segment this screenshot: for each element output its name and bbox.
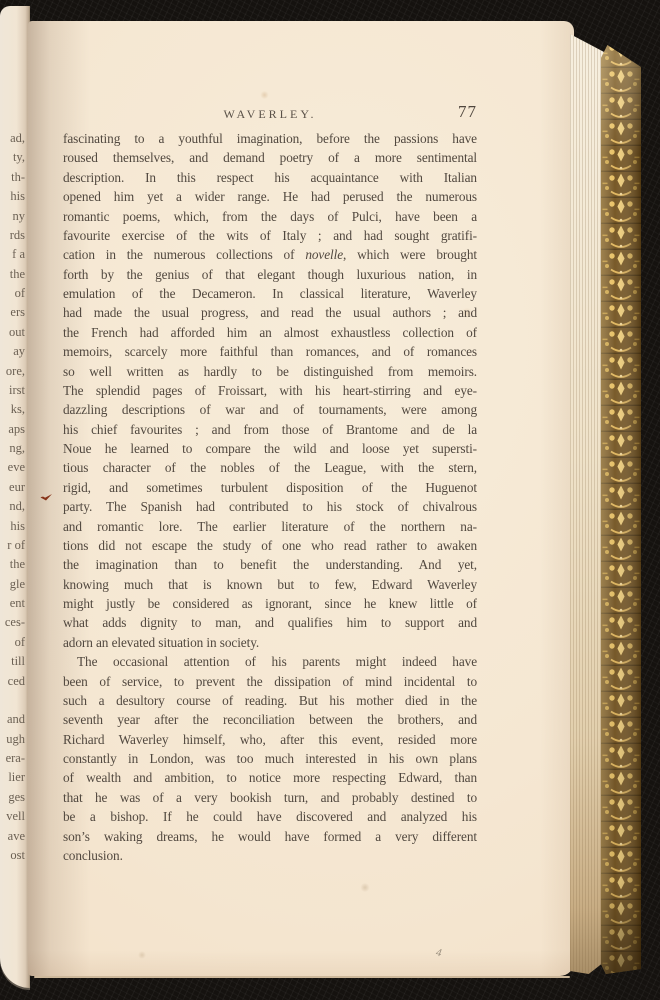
- facing-page-text-fragment: f a: [0, 245, 25, 264]
- facing-page-text-fragment: ers: [0, 303, 25, 322]
- book-photograph: ad,ty,th-hisnyrdsf atheofersoutayore,irs…: [0, 0, 660, 1000]
- facing-page-text-fragment: ks,: [0, 400, 25, 419]
- text-line: seventh year after the reconciliation be…: [63, 710, 477, 729]
- facing-page-edge: ad,ty,th-hisnyrdsf atheofersoutayore,irs…: [0, 6, 30, 988]
- facing-page-text-fragment: r of: [0, 536, 25, 555]
- text-line: knowing much that is known but to few, E…: [63, 575, 477, 594]
- page-number: 77: [458, 102, 477, 122]
- text-line: tious character of the nobles of the Lea…: [63, 458, 477, 477]
- text-line: Noue he learned to compare the wild and …: [63, 439, 477, 458]
- text-line: roused themselves, and demand poetry of …: [63, 148, 477, 167]
- text-line: cation in the numerous collections of no…: [63, 245, 477, 264]
- facing-page-text-fragment: of: [0, 633, 25, 652]
- facing-page-text-fragment: ty,: [0, 148, 25, 167]
- text-line: and romantic lore. The earlier literatur…: [63, 517, 477, 536]
- text-line: rigid, and sometimes turbulent dispositi…: [63, 478, 477, 497]
- facing-page-text-fragment: nd,: [0, 497, 25, 516]
- printers-mark: 4: [435, 947, 443, 960]
- foxing-spot: [360, 883, 370, 892]
- facing-page-text-fragment: eur: [0, 478, 25, 497]
- text-line: of wealth and ambition, to notice more r…: [63, 768, 477, 787]
- facing-page-text-fragment: irst: [0, 381, 25, 400]
- page-title: WAVERLEY.: [63, 107, 477, 122]
- facing-page-text-fragment: ave: [0, 827, 25, 846]
- facing-page-text-fragment: ng,: [0, 439, 25, 458]
- text-line: The splendid pages of Froissart, with hi…: [63, 381, 477, 400]
- text-line: Richard Waverley himself, who, after thi…: [63, 730, 477, 749]
- facing-page-text-fragment: aps: [0, 420, 25, 439]
- facing-page-text-fragment: ent: [0, 594, 25, 613]
- text-line: such a desultory course of reading. But …: [63, 691, 477, 710]
- facing-page-text-fragment: eve: [0, 458, 25, 477]
- facing-page-text-fragment: vell: [0, 807, 25, 826]
- text-line: tions did not escape the study of one wh…: [63, 536, 477, 555]
- gilt-ornament-pattern: [601, 42, 641, 974]
- page-block-edges: [570, 28, 604, 974]
- facing-page-text-fragment: [0, 691, 25, 710]
- text-line: son’s waking dreams, he would have forme…: [63, 827, 477, 846]
- facing-page-text-fragment: ges: [0, 788, 25, 807]
- facing-page-text-fragment: ay: [0, 342, 25, 361]
- facing-page-text-fragment: ad,: [0, 129, 25, 148]
- facing-page-fragments: ad,ty,th-hisnyrdsf atheofersoutayore,irs…: [0, 6, 30, 865]
- text-line: adorn an elevated situation in society.: [63, 633, 477, 652]
- text-line: the imagination than to benefit the unde…: [63, 555, 477, 574]
- facing-page-text-fragment: ore,: [0, 362, 25, 381]
- text-line: been of service, to prevent the dissipat…: [63, 672, 477, 691]
- facing-page-text-fragment: era-: [0, 749, 25, 768]
- text-line: forth by the genius of that elegant thou…: [63, 265, 477, 284]
- text-line: party. The Spanish had contributed to hi…: [63, 497, 477, 516]
- text-line: that he was of a very bookish turn, and …: [63, 788, 477, 807]
- facing-page-text-fragment: the: [0, 555, 25, 574]
- text-line: emulation of the Decameron. In classical…: [63, 284, 477, 303]
- text-line: favourite exercise of the wits of Italy …: [63, 226, 477, 245]
- facing-page-text-fragment: till: [0, 652, 25, 671]
- text-line: description. In this respect his acquain…: [63, 168, 477, 187]
- text-line: be a bishop. If he could have discovered…: [63, 807, 477, 826]
- facing-page-text-fragment: his: [0, 517, 25, 536]
- text-line: memoirs, scarcely more faithful than rom…: [63, 342, 477, 361]
- text-line: the French had afforded him an almost ex…: [63, 323, 477, 342]
- foxing-spot: [260, 91, 269, 99]
- text-line: conclusion.: [63, 846, 477, 865]
- book-page: WAVERLEY. 77 fascinating to a youthful i…: [28, 21, 574, 976]
- foxing-spot: [138, 951, 146, 959]
- facing-page-text-fragment: gle: [0, 575, 25, 594]
- facing-page-text-fragment: ugh: [0, 730, 25, 749]
- text-line: his chief favourites ; and from those of…: [63, 420, 477, 439]
- running-header: WAVERLEY. 77: [63, 104, 477, 126]
- margin-annotation-mark-icon: [40, 489, 53, 498]
- facing-page-text-fragment: ces-: [0, 613, 25, 632]
- facing-page-text-fragment: the: [0, 265, 25, 284]
- facing-page-text-fragment: ced: [0, 672, 25, 691]
- text-line: The occasional attention of his parents …: [63, 652, 477, 671]
- facing-page-text-fragment: out: [0, 323, 25, 342]
- facing-page-text-fragment: ost: [0, 846, 25, 865]
- gilt-fore-edge: [601, 42, 641, 974]
- text-line: opened him yet a wider range. He had per…: [63, 187, 477, 206]
- facing-page-text-fragment: rds: [0, 226, 25, 245]
- facing-page-text-fragment: his: [0, 187, 25, 206]
- text-line: dazzling descriptions of war and of tour…: [63, 400, 477, 419]
- text-line: constantly in London, was too much inter…: [63, 749, 477, 768]
- facing-page-text-fragment: of: [0, 284, 25, 303]
- page-text: fascinating to a youthful imagination, b…: [63, 129, 477, 865]
- text-line: might justly be considered as ignorant, …: [63, 594, 477, 613]
- text-line: romantic poems, which, from the days of …: [63, 207, 477, 226]
- text-line: what adds dignity to man, and qualifies …: [63, 613, 477, 632]
- text-line: had made the usual progress, and read th…: [63, 303, 477, 322]
- paragraph: The occasional attention of his parents …: [63, 652, 477, 865]
- text-line: fascinating to a youthful imagination, b…: [63, 129, 477, 148]
- facing-page-text-fragment: ny: [0, 207, 25, 226]
- text-line: so well written as hardly to be distingu…: [63, 362, 477, 381]
- facing-page-text-fragment: th-: [0, 168, 25, 187]
- facing-page-text-fragment: lier: [0, 768, 25, 787]
- paragraph: fascinating to a youthful imagination, b…: [63, 129, 477, 652]
- facing-page-text-fragment: and: [0, 710, 25, 729]
